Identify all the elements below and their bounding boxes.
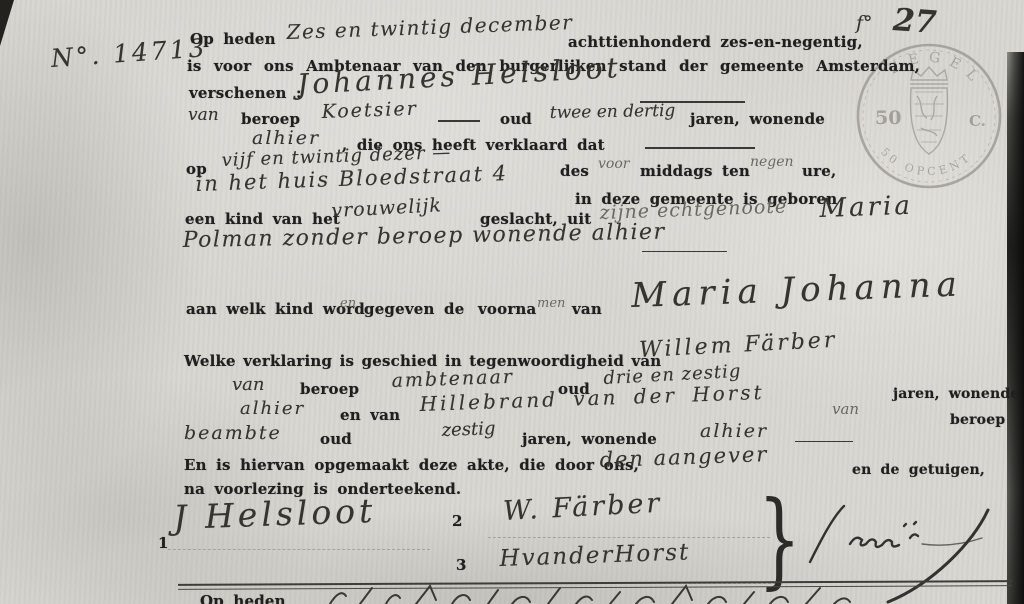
hw-word-men: men [537, 296, 565, 311]
scan-corner-mark [0, 0, 14, 46]
filler-dash [795, 441, 853, 442]
printed-verschenen: verschenen : [189, 84, 302, 102]
svg-text:C.: C. [969, 112, 986, 130]
filler-dash [645, 147, 755, 149]
hw-aangever: den aangever [599, 442, 769, 472]
printed-ure: ure, [802, 162, 836, 180]
printed-voorna: voorna [478, 300, 536, 318]
filler-dash [438, 120, 480, 122]
printed-des: des [560, 162, 589, 180]
signature-witness1: W. Färber [502, 488, 663, 527]
signature-line [168, 549, 430, 550]
printed-beroep2: beroep [300, 380, 359, 398]
printed-closing-b: en de getuigen, [852, 462, 985, 478]
printed-year: achttienhonderd zes-en-negentig, [568, 33, 863, 51]
hw-act-date: Zes en twintig december [286, 10, 573, 44]
coat-of-arms-icon [910, 67, 948, 154]
hw-residence: alhier [252, 127, 320, 149]
svg-text:50: 50 [875, 107, 901, 129]
printed-en-van: en van [340, 406, 400, 424]
folio-number: 27 [892, 2, 938, 41]
hw-child-names: Maria Johanna [631, 264, 964, 316]
printed-oud: oud [500, 110, 532, 128]
hw-age: twee en dertig [550, 101, 676, 123]
hw-mother-firstname: Maria [819, 191, 913, 224]
next-act-handwriting-fragment [320, 584, 860, 604]
printed-oud3: oud [320, 430, 352, 448]
printed-van: van [572, 300, 602, 318]
hw-hour: negen [750, 154, 794, 170]
printed-jaren-wonende: jaren, wonende [690, 110, 825, 128]
printed-beroep3: beroep [950, 412, 1005, 428]
hw-witness2-profession: beambte [184, 422, 282, 444]
printed-gegeven-de: gegeven de [364, 300, 464, 318]
printed-next-act: Op heden [200, 592, 286, 604]
hw-word-en: en [340, 296, 356, 311]
printed-beroep: beroep [241, 110, 300, 128]
hw-van2: van [232, 374, 265, 395]
act-number: N°. 14713 [50, 33, 208, 73]
printed-aan-welk-kind: aan welk kind word [186, 300, 365, 318]
filler-dash [642, 251, 727, 252]
printed-welke-verklaring: Welke verklaring is geschied in tegenwoo… [184, 352, 661, 370]
hw-witness1-profession: ambtenaar [391, 366, 514, 392]
svg-text:50 OPCENT: 50 OPCENT [878, 145, 974, 178]
folio-label: f° [856, 12, 873, 34]
signature-declarant: J Helsloot [173, 491, 377, 537]
hw-daypart: voor [598, 156, 629, 172]
printed-jaren-wonende2: jaren, wonende [893, 386, 1020, 402]
signature-number-2: 2 [452, 512, 463, 530]
signature-number-3: 3 [456, 556, 467, 574]
signature-line [488, 537, 770, 538]
hw-witness2-age: zestig [441, 418, 496, 441]
hw-van3: van [832, 400, 859, 418]
hw-witness2-residence: alhier [700, 420, 768, 442]
signature-witness2: HvanderHorst [499, 539, 691, 572]
printed-op-heden: Op heden [190, 30, 276, 48]
hw-witness1-name: Willem Färber [639, 328, 838, 363]
hw-witness1-residence: alhier [240, 398, 305, 419]
hw-profession: Koetsier [321, 98, 418, 123]
printed-jaren-wonende3: jaren, wonende [522, 430, 657, 448]
printed-middags-ten: middags ten [640, 162, 750, 180]
birth-certificate-scan: N°. 14713 f° 27 ZEGEL 50 OPCENT 50 C. Op… [0, 0, 1024, 604]
hw-gender: vrouwelijk [331, 194, 443, 222]
hw-van: van [188, 105, 219, 125]
printed-closing-a: En is hiervan opgemaakt deze akte, die d… [184, 456, 639, 474]
